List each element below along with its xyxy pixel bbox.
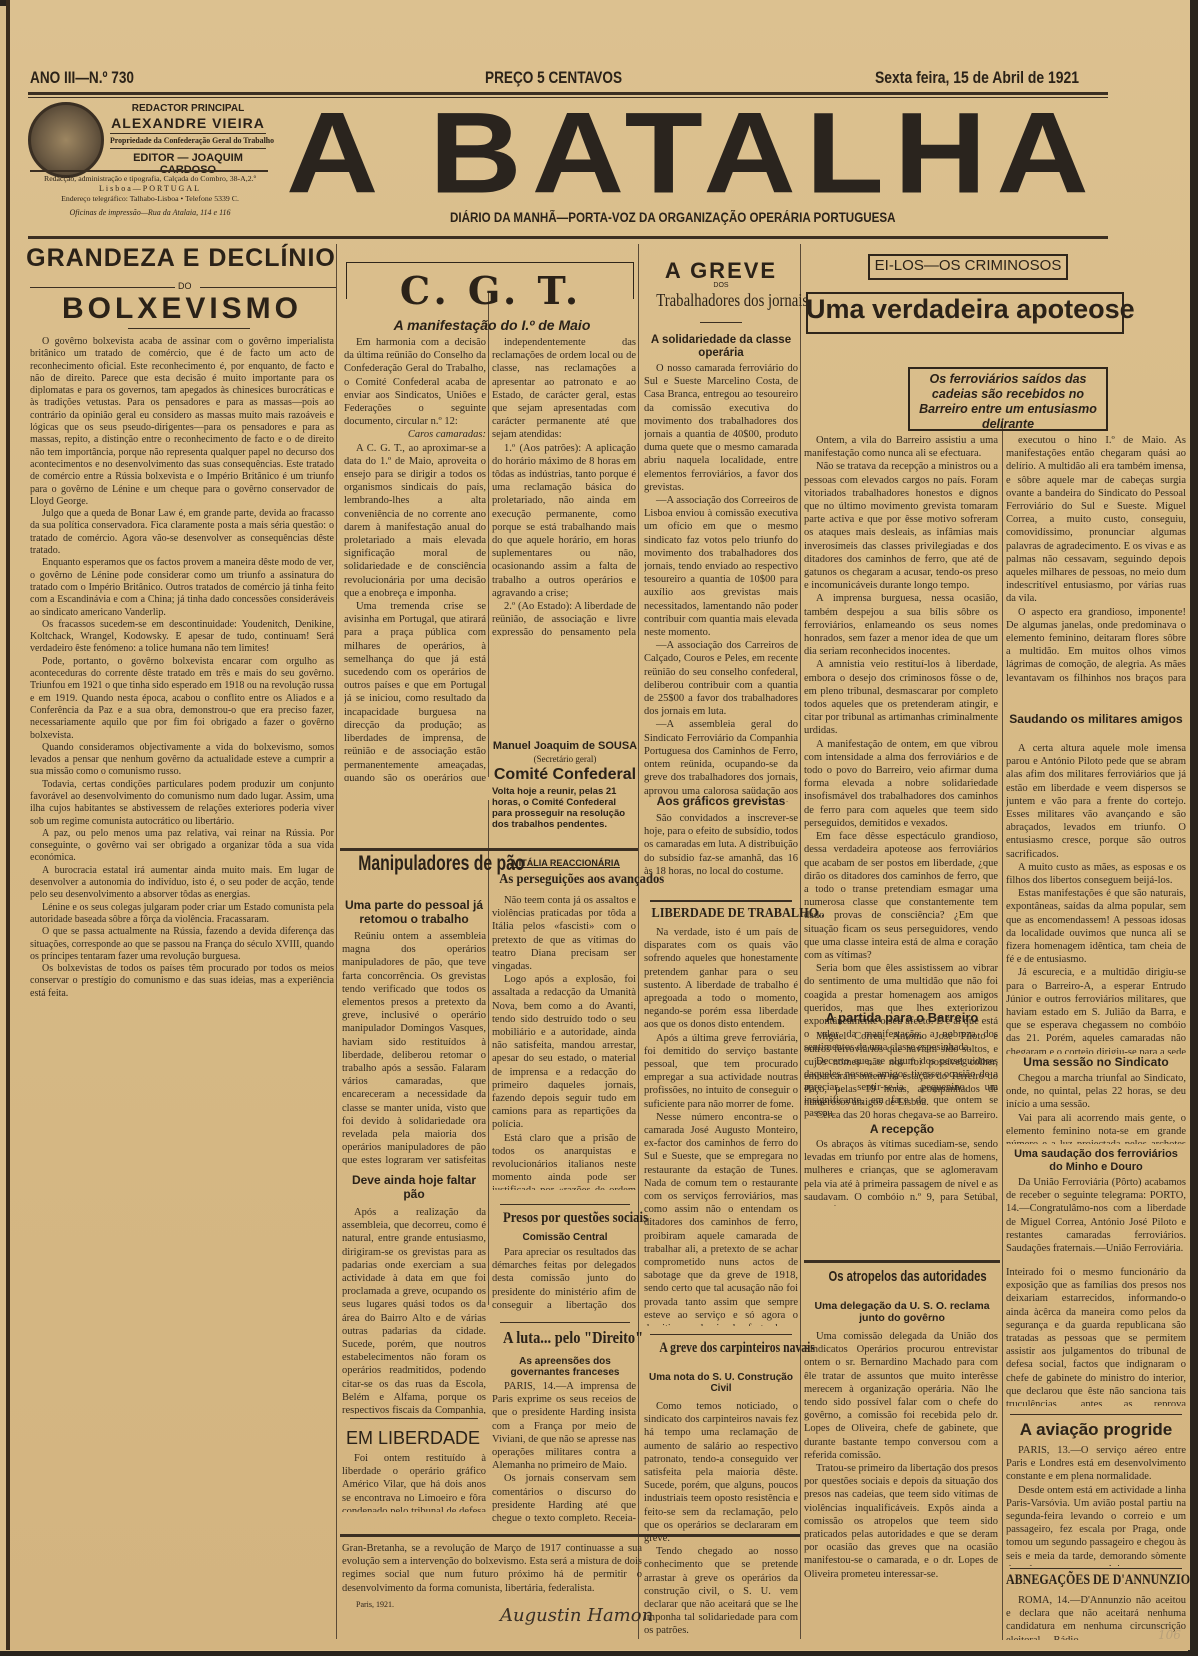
saudacao-headline: Uma saudação dos ferroviários do Minho e… <box>1006 1148 1186 1174</box>
masthead-bottom-rule <box>28 236 1108 239</box>
atropelos-subhead: Uma delegação da U. S. O. reclama junto … <box>804 1300 1000 1324</box>
paragraph: 1.º (Aos patrões): A aplicação do horári… <box>492 442 636 600</box>
italia-headline: As perseguições aos avançados <box>499 872 630 888</box>
paragraph: São convidados a inscrever-se hoje, para… <box>644 812 798 878</box>
divider <box>500 1204 630 1205</box>
em-liberdade-headline: EM LIBERDADE <box>340 1428 486 1449</box>
cgt-signatory-role: (Secretário geral) <box>492 754 638 764</box>
bolxevismo-body: O govêrno bolxevista acaba de assinar co… <box>30 336 334 1556</box>
luta-body: PARIS, 14.—A imprensa de Paris exprime o… <box>492 1380 636 1526</box>
paragraph: —A associação dos Correeiros de Lisboa e… <box>644 494 798 639</box>
comite-headline: Comité Confederal <box>492 766 638 784</box>
paragraph: Logo após a explosão, foi assaltada a re… <box>492 973 636 1131</box>
bolxevismo-kicker: GRANDEZA E DECLÍNIO <box>26 244 336 273</box>
issue-date: Sexta feira, 15 de Abril de 1921 <box>875 68 1079 88</box>
paragraph: Tratou-se primeiro da libertação dos pre… <box>804 1462 998 1581</box>
paragraph: Gran-Bretanha, se a revolução de Março d… <box>342 1542 642 1595</box>
em-liberdade-body: Foi ontem restituído à liberdade o operá… <box>342 1452 486 1512</box>
manipuladores-body: Reüniu ontem a assembleia magna dos oper… <box>342 930 486 1165</box>
paragraph: executou o hino I.º de Maio. As manifest… <box>1006 434 1186 606</box>
carpinteiros-headline: A greve dos carpinteiros navais <box>659 1340 782 1357</box>
paragraph: A paz, ou pelo menos uma paz relativa, v… <box>30 828 334 865</box>
paragraph: 2.º (Ao Estado): A liberdade de reünião,… <box>492 600 636 636</box>
redactor-name: ALEXANDRE VIEIRA <box>110 115 266 131</box>
column-rule <box>800 244 801 1639</box>
divider <box>110 133 266 134</box>
presos-headline: Presos por questões sociais <box>503 1210 627 1227</box>
divider <box>30 287 175 288</box>
apoteose-body-right: executou o hino I.º de Maio. As manifest… <box>1006 434 1186 684</box>
greve-kicker: A GREVE <box>642 258 800 284</box>
divider <box>1010 1568 1182 1569</box>
column-rule <box>488 292 489 777</box>
paragraph: Nesse número encontra-se o camarada José… <box>644 1111 798 1326</box>
divider <box>110 148 266 149</box>
paragraph: Os jornais conservam sem comentários o d… <box>492 1472 636 1526</box>
price: PREÇO 5 CENTAVOS <box>485 68 622 88</box>
newspaper-page: ANO III—N.º 730 PREÇO 5 CENTAVOS Sexta f… <box>6 0 1190 1650</box>
paragraph: A certa altura aquele mole imensa parou … <box>1006 742 1186 861</box>
divider <box>804 1260 1000 1263</box>
paragraph: Em harmonia com a decisão da última reün… <box>344 336 486 428</box>
paragraph: Os fracassos sucedem-se em descontinuida… <box>30 619 334 656</box>
paragraph: Os bolxevistas de todos os países têm pr… <box>30 963 334 1000</box>
recepcao-body: Os abraços às vítimas sucediam-se, sendo… <box>804 1138 998 1206</box>
column-rule <box>336 244 337 1639</box>
recepcao-headline: A recepção <box>804 1122 1000 1136</box>
column-rule <box>488 800 489 1305</box>
paragraph: A C. G. T., ao aproximar-se a data do 1.… <box>344 442 486 600</box>
liberdade-trabalho-headline: LIBERDADE DE TRABALHO.. <box>651 906 790 922</box>
paragraph: Inteirado foi o mesmo funcionário da exp… <box>1006 1266 1186 1406</box>
atropelos-body-right: Inteirado foi o mesmo funcionário da exp… <box>1006 1266 1186 1406</box>
address-line-4: Oficinas de impressão—Rua da Atalaia, 11… <box>30 208 270 217</box>
paragraph: Após a última greve ferroviária, foi dem… <box>644 1032 798 1111</box>
bolxevismo-signature: Augustin Hamon <box>500 1605 653 1626</box>
paragraph: O aspecto era grandioso, imponente! De a… <box>1006 606 1186 684</box>
paragraph: independentemente das reclamações de ord… <box>492 336 636 442</box>
cgt-body-right: independentemente das reclamações de ord… <box>492 336 636 636</box>
masthead-subtitle: DIÁRIO DA MANHÃ—PORTA-VOZ DA ORGANIZAÇÃO… <box>450 210 895 225</box>
paragraph: A manifestação de ontem, em que vibrou c… <box>804 738 998 830</box>
column-rule <box>638 244 639 1639</box>
paragraph: PARIS, 14.—A imprensa de Paris exprime o… <box>492 1380 636 1472</box>
italia-body: Não teem conta já os assaltos e violênci… <box>492 894 636 1190</box>
paragraph: PARIS, 13.—O serviço aéreo entre Paris e… <box>1006 1444 1186 1484</box>
paragraph: Cêrca das 20 horas chegava-se ao Barreir… <box>804 1109 998 1120</box>
divider <box>200 287 336 288</box>
paragraph: O nosso camarada ferroviário do Sul e Su… <box>644 362 798 494</box>
paragraph: Não se tratava da recepção a ministros o… <box>804 460 998 592</box>
paragraph: Chegou a marcha triunfal ao Sindicato, o… <box>1006 1072 1186 1112</box>
paragraph: A amnistia veio restituí-los à liberdade… <box>804 658 998 737</box>
paragraph: Estas manifestações é que são naturais, … <box>1006 887 1186 966</box>
graficos-body: São convidados a inscrever-se hoje, para… <box>644 812 798 892</box>
cgt-signatory: Manuel Joaquim de SOUSA <box>492 740 638 752</box>
sessao-headline: Uma sessão no Sindicato <box>1006 1055 1186 1069</box>
apoteose-deck: Os ferroviários saídos das cadeias são r… <box>914 372 1102 432</box>
paragraph: Uma comissão delegada da União dos Sindi… <box>804 1330 998 1462</box>
address-line-3: Endereço telegráfico: Talhabo-Lisboa • T… <box>30 194 270 203</box>
bolxevismo-closing: Gran-Bretanha, se a revolução de Março d… <box>342 1542 642 1598</box>
divider <box>128 328 250 329</box>
greve-connector: DOS <box>642 282 800 289</box>
falta-pao-body: Após a realização da assembleia, que dec… <box>342 1206 486 1414</box>
paragraph: Uma tremenda crise se avisinha em Portug… <box>344 600 486 781</box>
paragraph: Como temos noticiado, o sindicato dos ca… <box>644 1400 798 1545</box>
paragraph: Para apreciar os resultados das démarche… <box>492 1246 636 1314</box>
issue-number: ANO III—N.º 730 <box>30 68 134 88</box>
cgt-body-left: Em harmonia com a decisão da última reün… <box>344 336 486 781</box>
presos-subhead: Comissão Central <box>492 1232 638 1243</box>
carpinteiros-body: Como temos noticiado, o sindicato dos ca… <box>644 1400 798 1636</box>
sessao-body: Chegou a marcha triunfal ao Sindicato, o… <box>1006 1072 1186 1144</box>
bolxevismo-connector: DO <box>178 281 192 291</box>
manipuladores-subhead: Uma parte do pessoal já retomou o trabal… <box>342 898 486 926</box>
divider <box>500 1322 630 1323</box>
italia-kicker: A ITÁLIA REACCIONÁRIA <box>492 858 638 868</box>
greve-body: O nosso camarada ferroviário do Sul e Su… <box>644 362 798 802</box>
page-mark: 106 <box>1158 1628 1181 1642</box>
paragraph: Enquanto esperamos que os factos provem … <box>30 557 334 618</box>
apoteose-kicker: EI-LOS—OS CRIMINOSOS <box>868 257 1068 274</box>
ownership: Propriedade da Confederação Geral do Tra… <box>110 135 257 145</box>
greve-subhead: A solidariedade da classe operária <box>642 334 800 360</box>
paragraph: Está claro que a prisão de todos os anar… <box>492 1132 636 1190</box>
paragraph: —A assembleia geral do Sindicato Ferrovi… <box>644 718 798 802</box>
scan-bottom-edge <box>0 1651 1198 1656</box>
liberdade-trabalho-body: Na verdade, isto é um país de disparates… <box>644 926 798 1326</box>
greve-headline: Trabalhadores dos jornais <box>656 290 786 311</box>
salutation: Caros camaradas: <box>344 428 486 441</box>
paragraph: Julgo que a queda de Bonar Law é, em gra… <box>30 508 334 557</box>
dannunzio-headline: ABNEGAÇÕES DE D'ANNUNZIO <box>1006 1572 1153 1589</box>
partida-headline: A partida para o Barreiro <box>804 1010 1000 1025</box>
paragraph: A burocracia estatal irá aumentar ainda … <box>30 865 334 902</box>
graficos-headline: Aos gráficos grevistas <box>642 794 800 808</box>
paragraph: A muito custo as mães, as esposas e os f… <box>1006 861 1186 887</box>
paragraph: O que se passa actualmente na Rússia, fa… <box>30 926 334 963</box>
paragraph: Reüniu ontem a assembleia magna dos oper… <box>342 930 486 1165</box>
redactor-label: REDACTOR PRINCIPAL <box>110 103 266 114</box>
divider <box>340 848 638 851</box>
paragraph: Da União Ferroviária (Pôrto) acabamos de… <box>1006 1176 1186 1255</box>
saudando-headline: Saudando os militares amigos <box>1006 712 1186 726</box>
falta-pao-headline: Deve ainda hoje faltar pão <box>342 1173 486 1201</box>
divider <box>350 1418 478 1419</box>
cgt-seal-logo <box>28 102 104 178</box>
paragraph: Vai para ali acorrendo mais gente, o ele… <box>1006 1112 1186 1144</box>
atropelos-body-left: Uma comissão delegada da União dos Sindi… <box>804 1330 998 1640</box>
divider <box>700 322 742 323</box>
cgt-subhead: A manifestação do I.º de Maio <box>346 317 638 333</box>
paragraph: Pode, portanto, o govêrno bolxevista enc… <box>30 656 334 742</box>
paragraph: Após a realização da assembleia, que dec… <box>342 1206 486 1414</box>
paragraph: Quando consideramos objectivamente a vid… <box>30 742 334 779</box>
carpinteiros-subhead: Uma nota do S. U. Construção Civil <box>642 1372 800 1394</box>
paragraph: Tendo chegado ao nosso conhecimento que … <box>644 1545 798 1636</box>
aviacao-body: PARIS, 13.—O serviço aéreo entre Paris e… <box>1006 1444 1186 1566</box>
partida-body: Miguel Correa, António José Piloto e out… <box>804 1030 998 1120</box>
saudacao-body: Da União Ferroviária (Pôrto) acabamos de… <box>1006 1176 1186 1260</box>
paragraph: Não teem conta já os assaltos e violênci… <box>492 894 636 973</box>
luta-subhead: As apreensões dos governantes franceses <box>492 1356 638 1378</box>
paragraph: Miguel Correa, António José Piloto e out… <box>804 1030 998 1109</box>
divider <box>30 170 268 172</box>
atropelos-headline: Os atropelos das autoridades <box>829 1268 976 1285</box>
saudando-body: A certa altura aquele mole imensa parou … <box>1006 742 1186 1054</box>
paragraph: Lénine e os seus colegas julgaram poder … <box>30 902 334 927</box>
paragraph: Foi ontem restituído à liberdade o operá… <box>342 1452 486 1512</box>
paragraph: Os abraços às vítimas sucediam-se, sendo… <box>804 1138 998 1206</box>
column-rule <box>1002 420 1003 1640</box>
luta-headline: A luta... pelo "Direito" <box>503 1328 627 1348</box>
comite-body: Volta hoje a reunir, pelas 21 horas, o C… <box>492 786 638 830</box>
paragraph: Em face dêsse espectáculo grandioso, des… <box>804 830 998 962</box>
divider <box>650 1334 792 1335</box>
paragraph: —A associação dos Carreiros de Calçado, … <box>644 639 798 718</box>
divider <box>650 900 792 902</box>
paragraph: Todavia, certas condições particulares p… <box>30 779 334 828</box>
address-line-2: Lisboa—PORTUGAL <box>30 184 270 193</box>
paragraph: Já escurecia, e a multidão dirigiu-se pa… <box>1006 966 1186 1054</box>
editor: EDITOR — JOAQUIM CARDOSO <box>110 152 266 176</box>
bolxevismo-dateline: Paris, 1921. <box>356 1600 394 1609</box>
address-line-1: Redacção, administração e tipografia, Ca… <box>30 174 270 183</box>
paragraph: Desde ontem está em actividade a linha P… <box>1006 1484 1186 1566</box>
manipuladores-headline: Manipuladores de pão <box>358 852 468 876</box>
apoteose-headline: Uma verdadeira apoteose <box>806 294 1124 325</box>
divider <box>1010 1414 1182 1415</box>
presos-body: Para apreciar os resultados das démarche… <box>492 1246 636 1314</box>
cgt-headline: C. G. T. <box>346 268 636 313</box>
masthead-title: A BATALHA <box>286 96 1106 211</box>
paragraph: Na verdade, isto é um país de disparates… <box>644 926 798 1032</box>
aviacao-headline: A aviação progride <box>1006 1420 1186 1440</box>
bolxevismo-headline: BOLXEVISMO <box>28 292 336 326</box>
paragraph: A imprensa burguesa, nessa ocasião, tamb… <box>804 592 998 658</box>
paragraph: Ontem, a vila do Barreiro assistiu a uma… <box>804 434 998 460</box>
paragraph: O govêrno bolxevista acaba de assinar co… <box>30 336 334 508</box>
